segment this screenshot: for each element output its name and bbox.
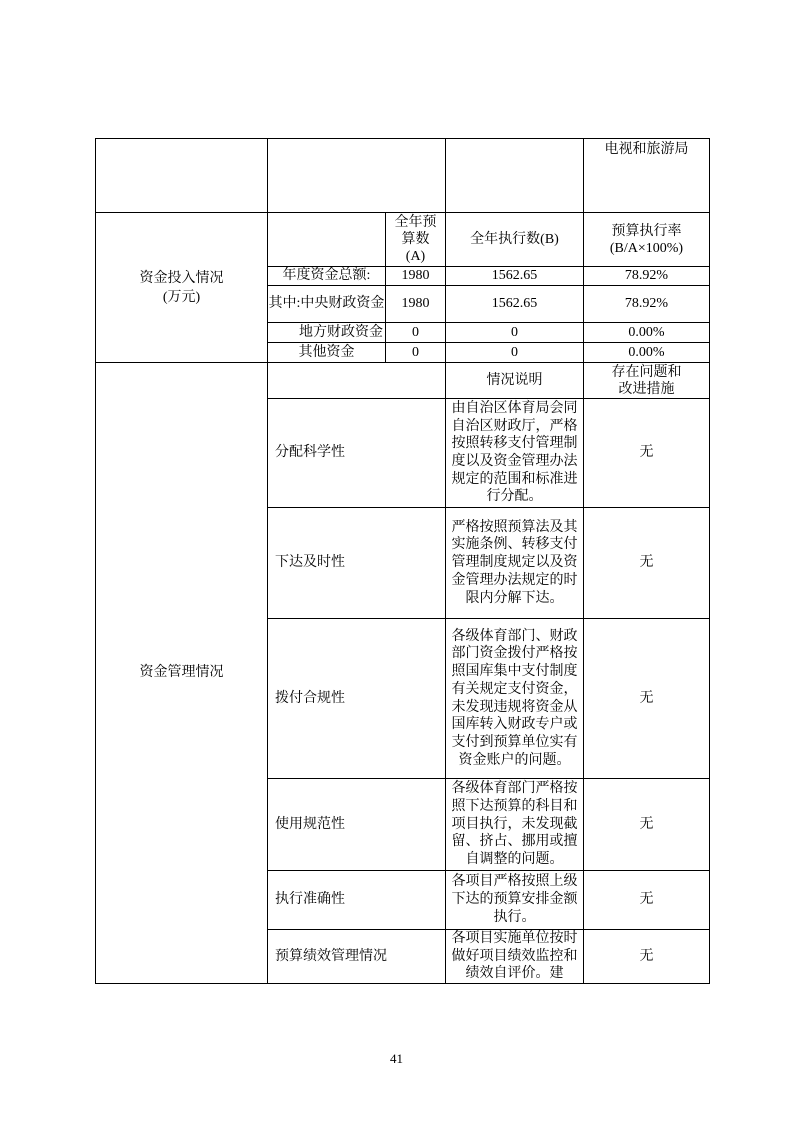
- document-page: 电视和旅游局 资金投入情况 (万元) 全年预 算数 (A) 全年执行数(B) 预…: [0, 0, 793, 1122]
- management-item-desc: 各项目实施单位按时做好项目绩效监控和绩效自评价。建: [446, 930, 584, 984]
- executed-value: 1562.65: [446, 267, 584, 286]
- empty-cell: [268, 363, 446, 399]
- management-item-label: 分配科学性: [268, 399, 446, 508]
- budget-value: 1980: [386, 267, 446, 286]
- management-item-issues: 无: [584, 871, 710, 930]
- rate-value: 0.00%: [584, 323, 710, 343]
- management-item-label: 使用规范性: [268, 779, 446, 871]
- row-label: 地方财政资金: [268, 323, 386, 343]
- department-name-cell: 电视和旅游局: [584, 139, 710, 213]
- management-item-issues: 无: [584, 508, 710, 619]
- table-row-investment-header: 资金投入情况 (万元) 全年预 算数 (A) 全年执行数(B) 预算执行率 (B…: [96, 213, 710, 267]
- table-row-continuation: 电视和旅游局: [96, 139, 710, 213]
- management-item-desc: 各级体育部门严格按照下达预算的科目和项目执行，未发现截留、挤占、挪用或擅自调整的…: [446, 779, 584, 871]
- management-item-issues: 无: [584, 779, 710, 871]
- rate-value: 78.92%: [584, 267, 710, 286]
- page-number: 41: [0, 1051, 793, 1067]
- management-item-desc: 各级体育部门、财政部门资金拨付严格按照国库集中支付制度有关规定支付资金，未发现违…: [446, 619, 584, 779]
- row-label: 年度资金总额:: [268, 267, 386, 286]
- executed-value: 0: [446, 323, 584, 343]
- management-item-issues: 无: [584, 930, 710, 984]
- management-item-label: 拨付合规性: [268, 619, 446, 779]
- rate-header-cell: 预算执行率 (B/A×100%): [584, 213, 710, 267]
- investment-section-label: 资金投入情况 (万元): [96, 213, 268, 363]
- budget-value: 0: [386, 343, 446, 363]
- issues-header-cell: 存在问题和 改进措施: [584, 363, 710, 399]
- management-item-label: 下达及时性: [268, 508, 446, 619]
- management-item-desc: 各项目严格按照上级下达的预算安排金额执行。: [446, 871, 584, 930]
- rate-value: 78.92%: [584, 286, 710, 323]
- executed-value: 0: [446, 343, 584, 363]
- empty-cell: [268, 139, 446, 213]
- management-item-issues: 无: [584, 399, 710, 508]
- empty-cell: [268, 213, 386, 267]
- management-item-label: 执行准确性: [268, 871, 446, 930]
- row-label: 其中:中央财政资金: [268, 286, 386, 323]
- investment-label-line1: 资金投入情况: [96, 269, 267, 288]
- budget-value: 1980: [386, 286, 446, 323]
- empty-cell: [446, 139, 584, 213]
- management-item-issues: 无: [584, 619, 710, 779]
- investment-label-line2: (万元): [96, 288, 267, 307]
- empty-cell: [96, 139, 268, 213]
- executed-value: 1562.65: [446, 286, 584, 323]
- management-item-desc: 由自治区体育局会同自治区财政厅，严格按照转移支付管理制度以及资金管理办法规定的范…: [446, 399, 584, 508]
- budget-performance-table: 电视和旅游局 资金投入情况 (万元) 全年预 算数 (A) 全年执行数(B) 预…: [95, 138, 710, 984]
- management-section-label: 资金管理情况: [96, 363, 268, 984]
- table-row-management-header: 资金管理情况 情况说明 存在问题和 改进措施: [96, 363, 710, 399]
- executed-header-cell: 全年执行数(B): [446, 213, 584, 267]
- desc-header-cell: 情况说明: [446, 363, 584, 399]
- management-item-label: 预算绩效管理情况: [268, 930, 446, 984]
- management-item-desc: 严格按照预算法及其实施条例、转移支付管理制度规定以及资金管理办法规定的时限内分解…: [446, 508, 584, 619]
- row-label: 其他资金: [268, 343, 386, 363]
- budget-value: 0: [386, 323, 446, 343]
- rate-value: 0.00%: [584, 343, 710, 363]
- budget-header-cell: 全年预 算数 (A): [386, 213, 446, 267]
